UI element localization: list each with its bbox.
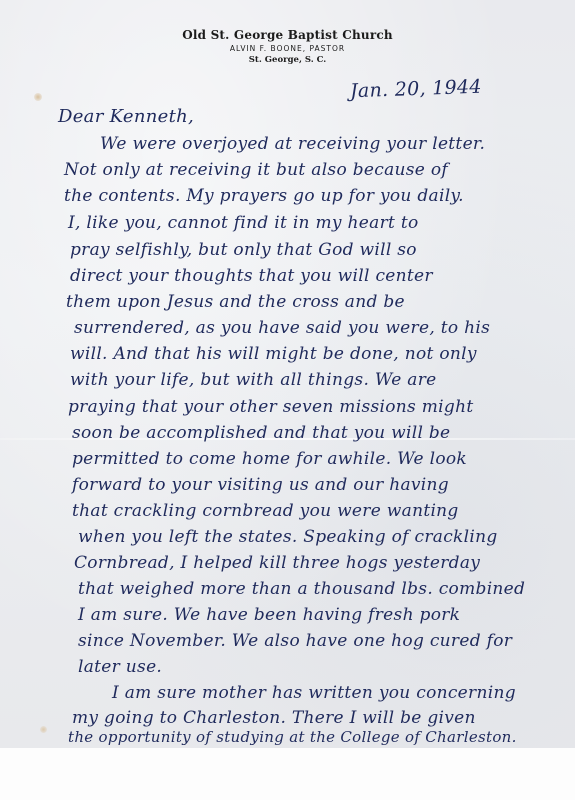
- letter-paper: Old St. George Baptist Church ALVIN F. B…: [0, 0, 575, 748]
- letter-line: I, like you, cannot find it in my heart …: [68, 213, 419, 233]
- letter-date: Jan. 20, 1944: [350, 76, 482, 103]
- letter-line: I am sure. We have been having fresh por…: [78, 605, 460, 625]
- letter-line: the contents. My prayers go up for you d…: [64, 186, 464, 206]
- church-location: St. George, S. C.: [0, 54, 575, 66]
- letter-line: later use.: [78, 657, 162, 677]
- letter-salutation: Dear Kenneth,: [58, 106, 194, 127]
- letter-line: my going to Charleston. There I will be …: [72, 708, 476, 728]
- letter-line: praying that your other seven missions m…: [68, 397, 473, 417]
- letter-line: when you left the states. Speaking of cr…: [78, 527, 498, 547]
- letter-line: will. And that his will might be done, n…: [70, 344, 477, 364]
- letter-line: the opportunity of studying at the Colle…: [68, 728, 517, 746]
- letter-line: We were overjoyed at receiving your lett…: [100, 134, 485, 154]
- letterhead: Old St. George Baptist Church ALVIN F. B…: [0, 28, 575, 66]
- letter-line: since November. We also have one hog cur…: [78, 631, 512, 651]
- letter-line: direct your thoughts that you will cente…: [70, 266, 433, 286]
- letter-line: forward to your visiting us and our havi…: [72, 475, 449, 495]
- letter-line: that weighed more than a thousand lbs. c…: [78, 579, 525, 599]
- letter-line: Not only at receiving it but also becaus…: [64, 160, 448, 180]
- church-name: Old St. George Baptist Church: [0, 28, 575, 42]
- letter-line: with your life, but with all things. We …: [70, 370, 437, 390]
- letter-line: pray selfishly, but only that God will s…: [70, 240, 417, 260]
- letter-line: permitted to come home for awhile. We lo…: [72, 449, 467, 469]
- letter-line: that crackling cornbread you were wantin…: [72, 501, 459, 521]
- letter-line: surrendered, as you have said you were, …: [74, 318, 490, 338]
- paper-stain: [34, 93, 42, 101]
- letter-line: them upon Jesus and the cross and be: [66, 292, 405, 312]
- pastor-name: ALVIN F. BOONE, PASTOR: [0, 43, 575, 54]
- scanned-letter-page: Old St. George Baptist Church ALVIN F. B…: [0, 0, 575, 800]
- letter-line: Cornbread, I helped kill three hogs yest…: [74, 553, 480, 573]
- scan-background: [0, 748, 575, 800]
- letter-line: soon be accomplished and that you will b…: [72, 423, 450, 443]
- paper-stain: [40, 726, 47, 733]
- letter-line: I am sure mother has written you concern…: [112, 683, 516, 703]
